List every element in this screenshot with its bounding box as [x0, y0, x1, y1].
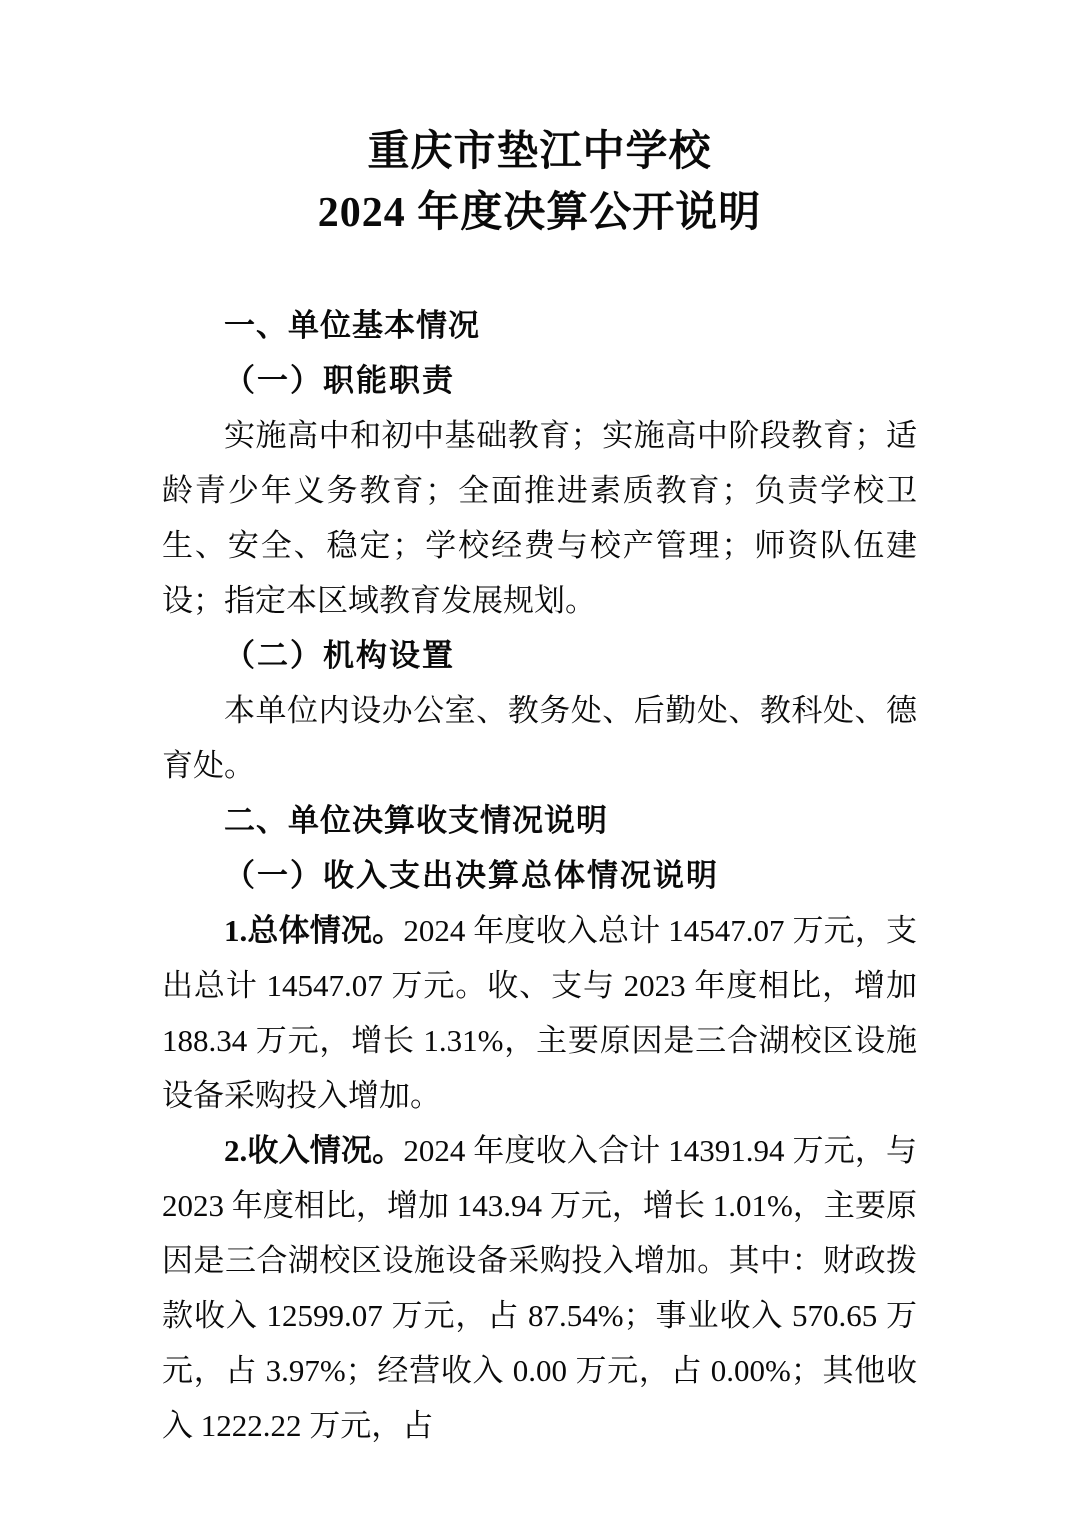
subsection-heading-duties: （一）职能职责	[162, 353, 917, 408]
document-body: 一、单位基本情况 （一）职能职责 实施高中和初中基础教育；实施高中阶段教育；适龄…	[162, 298, 917, 1453]
document-title-line1: 重庆市垫江中学校	[162, 122, 917, 183]
paragraph-income-text: 2024 年度收入合计 14391.94 万元，与 2023 年度相比，增加 1…	[162, 1133, 917, 1443]
document-title-line2: 2024 年度决算公开说明	[162, 183, 917, 244]
paragraph-overall-situation: 1.总体情况。2024 年度收入总计 14547.07 万元，支出总计 1454…	[162, 903, 917, 1123]
paragraph-income-situation: 2.收入情况。2024 年度收入合计 14391.94 万元，与 2023 年度…	[162, 1123, 917, 1453]
paragraph-overall-lead: 1.总体情况。	[224, 913, 403, 948]
subsection-heading-overview: （一）收入支出决算总体情况说明	[162, 848, 917, 903]
paragraph-organization: 本单位内设办公室、教务处、后勤处、教科处、德育处。	[162, 683, 917, 793]
paragraph-income-lead: 2.收入情况。	[224, 1133, 403, 1168]
subsection-heading-organization: （二）机构设置	[162, 628, 917, 683]
document-page: 重庆市垫江中学校 2024 年度决算公开说明 一、单位基本情况 （一）职能职责 …	[0, 0, 1075, 1520]
paragraph-duties: 实施高中和初中基础教育；实施高中阶段教育；适龄青少年义务教育；全面推进素质教育；…	[162, 408, 917, 628]
section-heading-budget-statement: 二、单位决算收支情况说明	[162, 793, 917, 848]
section-heading-basic-info: 一、单位基本情况	[162, 298, 917, 353]
document-title: 重庆市垫江中学校 2024 年度决算公开说明	[162, 122, 917, 244]
